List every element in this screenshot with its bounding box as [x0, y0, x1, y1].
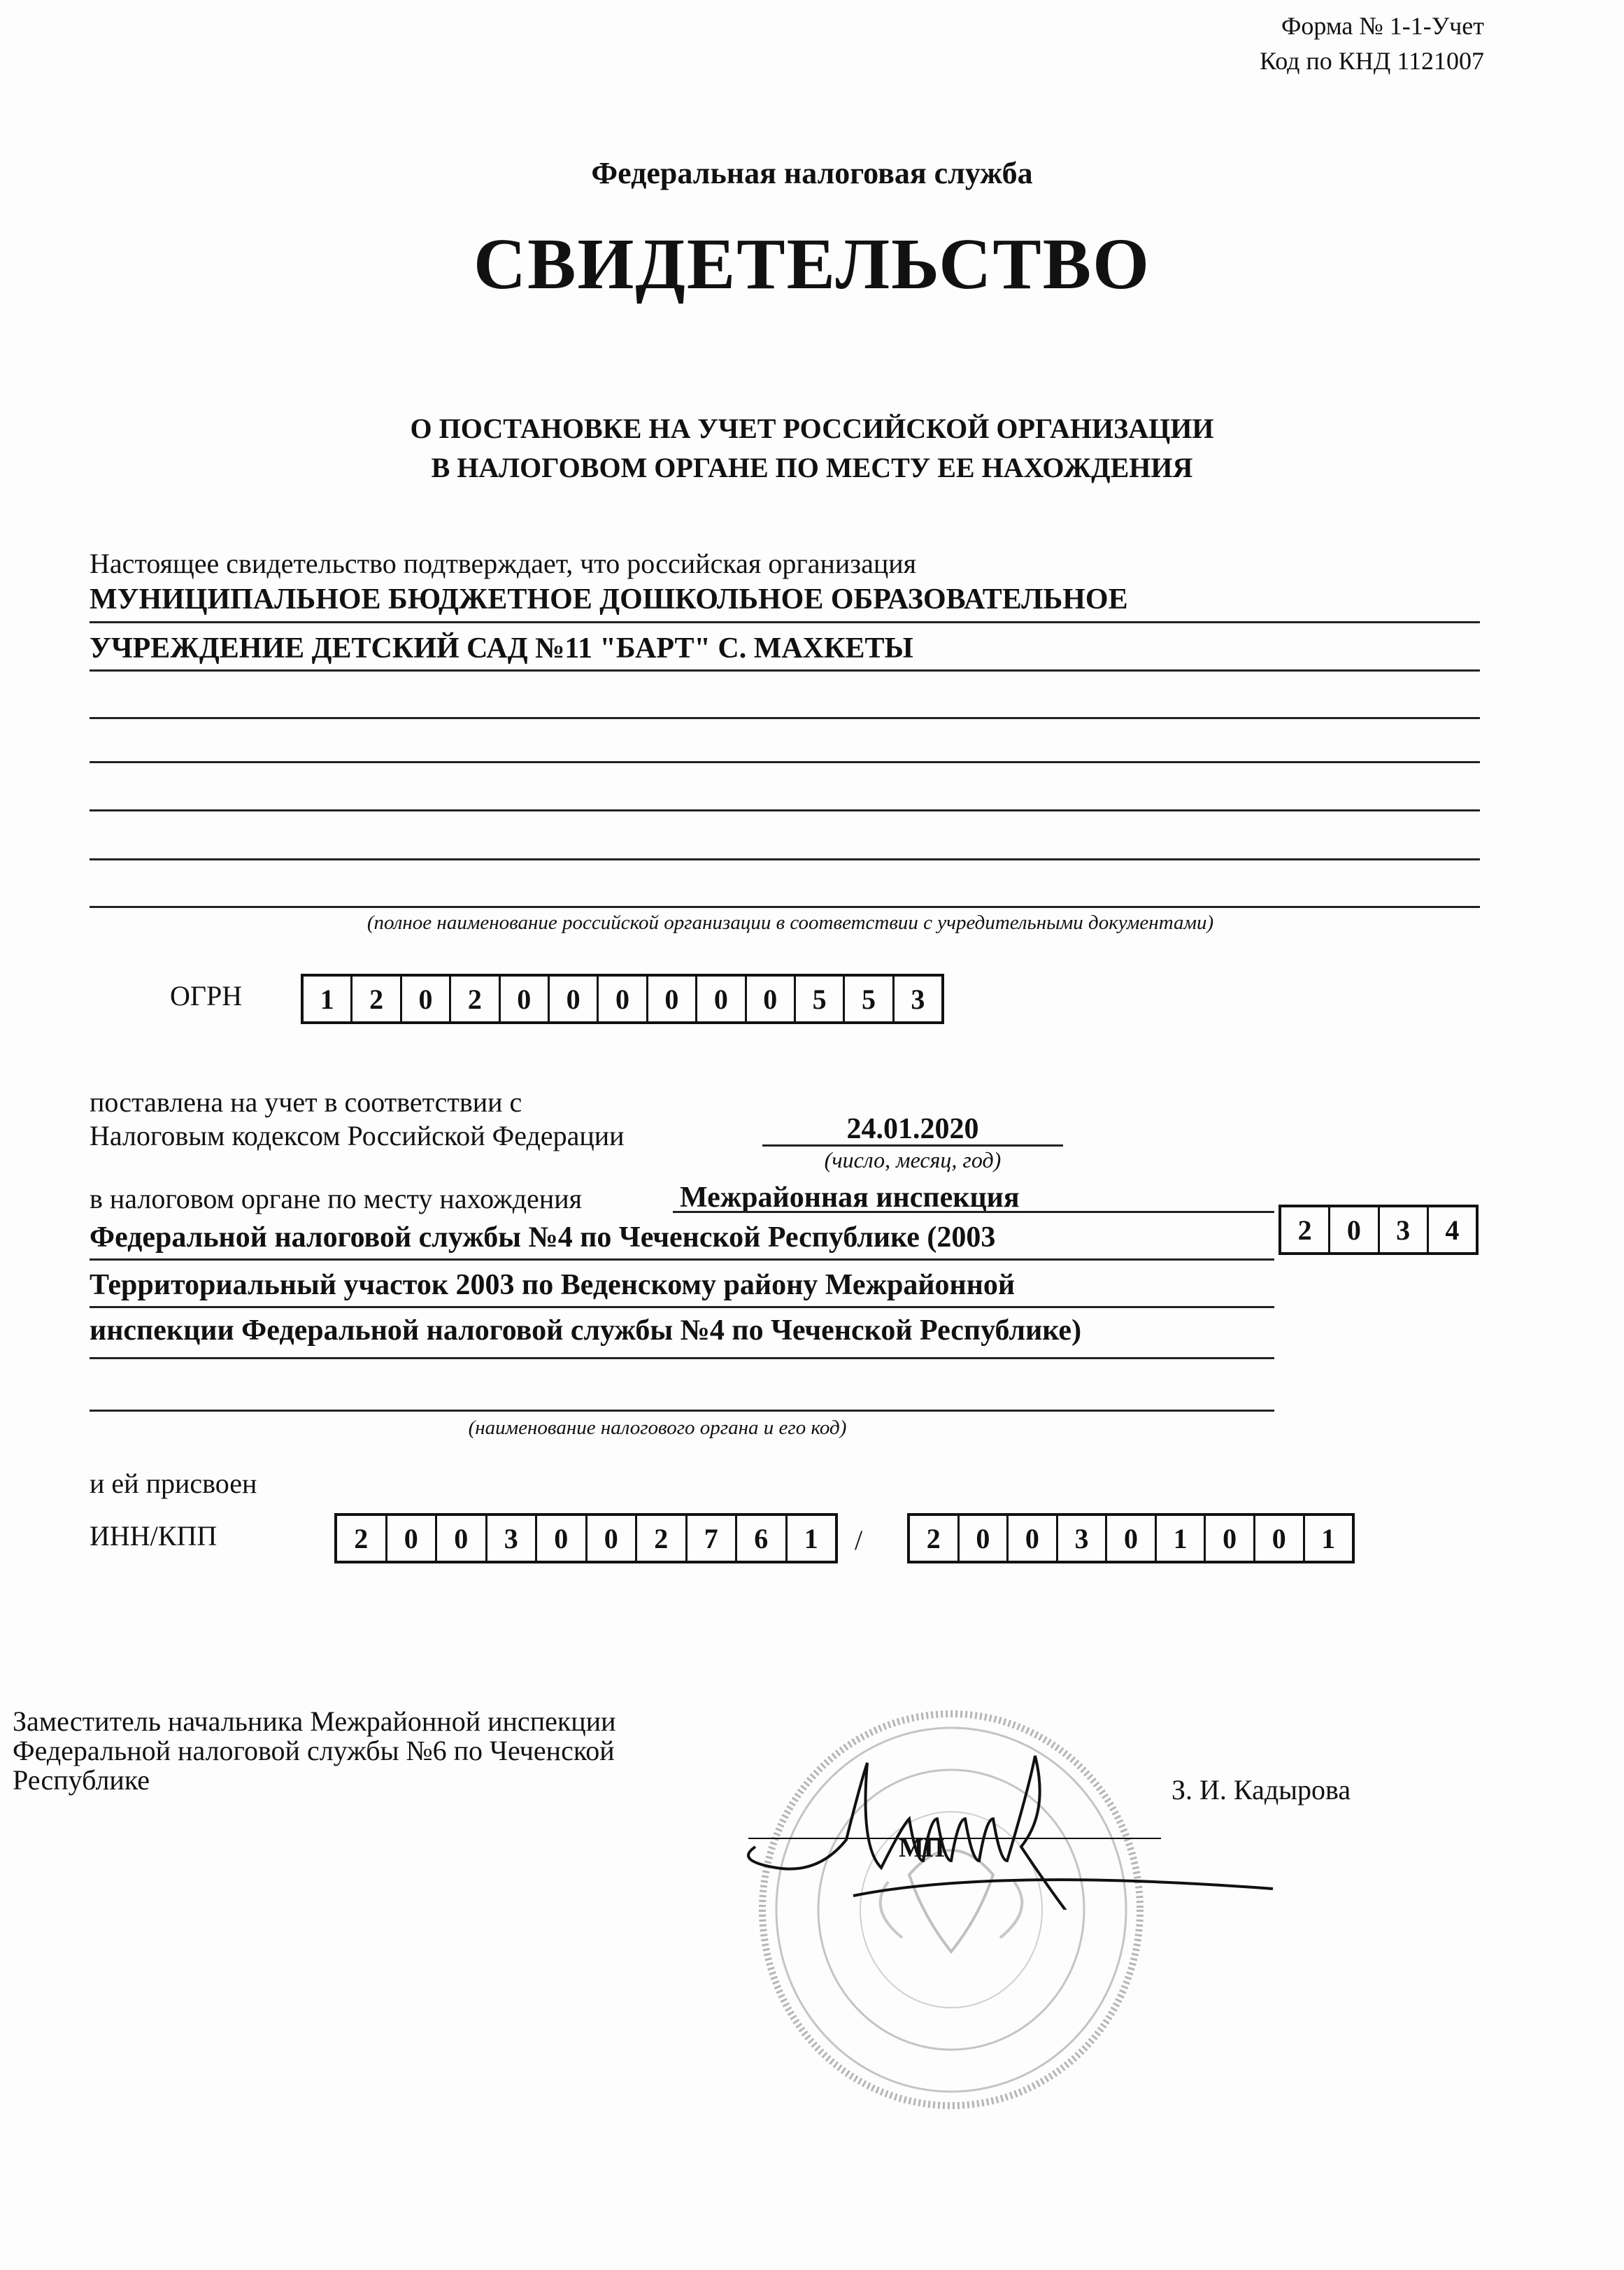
tax-authority-caption: (наименование налогового органа и его ко…	[378, 1417, 937, 1440]
digit-cell: 0	[387, 1516, 438, 1561]
rule-line	[90, 906, 1480, 908]
registration-date: 24.01.2020	[762, 1112, 1063, 1146]
rule-line	[90, 1410, 1274, 1412]
rule-line	[90, 669, 1480, 672]
digit-cell: 3	[487, 1516, 538, 1561]
rule-line	[90, 1357, 1274, 1359]
digit-cell: 0	[648, 977, 697, 1021]
digit-cell: 0	[437, 1516, 487, 1561]
digit-cell: 2	[352, 977, 401, 1021]
digit-cell: 1	[788, 1516, 836, 1561]
inn-digit-boxes: 2003002761	[334, 1513, 838, 1563]
digit-cell: 0	[550, 977, 599, 1021]
digit-cell: 7	[688, 1516, 738, 1561]
registration-line-1: поставлена на учет в соответствии с	[90, 1086, 522, 1119]
date-caption: (число, месяц, год)	[762, 1147, 1063, 1173]
subtitle-line-1: О ПОСТАНОВКЕ НА УЧЕТ РОССИЙСКОЙ ОРГАНИЗА…	[0, 409, 1624, 448]
tax-authority-code-boxes: 2034	[1278, 1205, 1479, 1255]
agency-name: Федеральная налоговая служба	[0, 155, 1624, 191]
tax-authority-name-line-1: Межрайонная инспекция	[680, 1181, 1020, 1214]
ogrn-label: ОГРН	[170, 979, 242, 1012]
rule-line	[90, 809, 1480, 811]
rule-line	[762, 1144, 1063, 1147]
registration-line-2: Налоговым кодексом Российской Федерации	[90, 1119, 625, 1153]
digit-cell: 0	[501, 977, 550, 1021]
digit-cell: 2	[451, 977, 500, 1021]
digit-cell: 0	[537, 1516, 587, 1561]
document-title: СВИДЕТЕЛЬСТВО	[0, 222, 1624, 306]
subtitle-line-2: В НАЛОГОВОМ ОРГАНЕ ПО МЕСТУ ЕЕ НАХОЖДЕНИ…	[0, 448, 1624, 488]
digit-cell: 0	[599, 977, 648, 1021]
digit-cell: 3	[1380, 1207, 1429, 1252]
tax-authority-intro: в налоговом органе по месту нахождения	[90, 1182, 582, 1216]
digit-cell: 0	[1107, 1516, 1157, 1561]
signer-name: З. И. Кадырова	[1171, 1773, 1351, 1806]
digit-cell: 0	[960, 1516, 1009, 1561]
digit-cell: 0	[747, 977, 796, 1021]
tax-authority-name-line-2: Федеральной налоговой службы №4 по Чечен…	[90, 1221, 995, 1254]
digit-cell: 1	[1157, 1516, 1206, 1561]
handwritten-signature	[727, 1728, 1357, 1910]
digit-cell: 1	[304, 977, 352, 1021]
rule-line	[90, 1306, 1274, 1308]
signer-position: Заместитель начальника Межрайонной инспе…	[13, 1707, 616, 1795]
signer-position-line-3: Республике	[13, 1766, 616, 1795]
rule-line	[90, 717, 1480, 719]
digit-cell: 1	[1305, 1516, 1353, 1561]
digit-cell: 3	[895, 977, 941, 1021]
digit-cell: 5	[796, 977, 845, 1021]
digit-cell: 6	[737, 1516, 788, 1561]
organization-intro: Настоящее свидетельство подтверждает, чт…	[90, 547, 916, 581]
digit-cell: 2	[910, 1516, 960, 1561]
digit-cell: 4	[1429, 1207, 1476, 1252]
digit-cell: 0	[697, 977, 746, 1021]
digit-cell: 0	[402, 977, 451, 1021]
seal-mark-label: МП	[899, 1833, 944, 1864]
rule-line	[90, 1258, 1274, 1261]
digit-cell: 2	[637, 1516, 688, 1561]
rule-line	[90, 761, 1480, 763]
signer-position-line-1: Заместитель начальника Межрайонной инспе…	[13, 1707, 616, 1736]
organization-name-line-1: МУНИЦИПАЛЬНОЕ БЮДЖЕТНОЕ ДОШКОЛЬНОЕ ОБРАЗ…	[90, 583, 1128, 616]
knd-code: Код по КНД 1121007	[1260, 43, 1484, 78]
rule-line	[90, 621, 1480, 623]
digit-cell: 0	[1009, 1516, 1058, 1561]
document-subtitle: О ПОСТАНОВКЕ НА УЧЕТ РОССИЙСКОЙ ОРГАНИЗА…	[0, 409, 1624, 488]
tax-authority-name-line-3: Территориальный участок 2003 по Веденско…	[90, 1268, 1015, 1302]
digit-cell: 5	[845, 977, 894, 1021]
digit-cell: 3	[1058, 1516, 1108, 1561]
inn-kpp-label: ИНН/КПП	[90, 1519, 217, 1552]
ogrn-digit-boxes: 1202000000553	[301, 974, 944, 1024]
form-identifier: Форма № 1-1-Учет Код по КНД 1121007	[1260, 8, 1484, 78]
signer-position-line-2: Федеральной налоговой службы №6 по Чечен…	[13, 1736, 616, 1766]
organization-name-line-2: УЧРЕЖДЕНИЕ ДЕТСКИЙ САД №11 "БАРТ" С. МАХ…	[90, 632, 913, 665]
assigned-intro: и ей присвоен	[90, 1467, 257, 1501]
rule-line	[673, 1211, 1274, 1213]
digit-cell: 0	[1255, 1516, 1305, 1561]
digit-cell: 0	[1206, 1516, 1255, 1561]
digit-cell: 0	[587, 1516, 638, 1561]
digit-cell: 0	[1330, 1207, 1379, 1252]
rule-line	[90, 858, 1480, 860]
form-number: Форма № 1-1-Учет	[1260, 8, 1484, 43]
kpp-digit-boxes: 200301001	[907, 1513, 1355, 1563]
tax-authority-name-line-4: инспекции Федеральной налоговой службы №…	[90, 1314, 1081, 1347]
organization-caption: (полное наименование российской организа…	[231, 911, 1350, 935]
digit-cell: 2	[1281, 1207, 1330, 1252]
digit-cell: 2	[337, 1516, 387, 1561]
inn-kpp-separator: /	[855, 1524, 862, 1556]
